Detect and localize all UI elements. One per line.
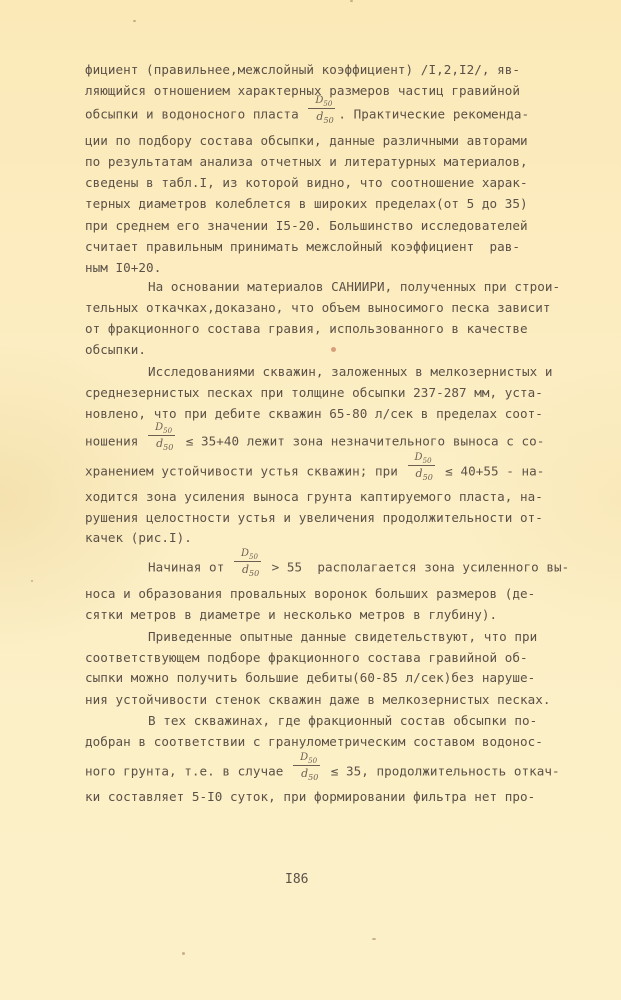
text-segment: ≤ 40+55 - на- xyxy=(438,464,545,479)
text-segment: носа и образования провальных воронок бо… xyxy=(85,586,535,601)
text-segment: ляющийся отношением характерных размеров… xyxy=(85,83,520,98)
text-segment: от фракционного состава гравия, использо… xyxy=(85,321,528,336)
text-line: сыпки можно получить большие дебиты(60-8… xyxy=(85,670,535,686)
text-line: ции по подбору состава обсыпки, данные р… xyxy=(85,133,528,149)
text-segment: считает правильным принимать межслойный … xyxy=(85,239,520,254)
text-line: среднезернистых песках при толщине обсып… xyxy=(85,385,543,401)
text-segment: Исследованиями скважин, заложенных в мел… xyxy=(148,364,553,379)
paper-speck xyxy=(350,0,353,2)
text-line: ния устойчивости стенок скважин даже в м… xyxy=(85,692,551,708)
text-line: новлено, что при дебите скважин 65-80 л/… xyxy=(85,406,543,422)
text-line: сведены в табл.I, из которой видно, что … xyxy=(85,175,528,191)
paper-speck xyxy=(372,938,376,940)
text-segment: терных диаметров колеблется в широких пр… xyxy=(85,196,528,211)
text-line: Приведенные опытные данные свидетельству… xyxy=(148,629,537,645)
text-line: терных диаметров колеблется в широких пр… xyxy=(85,196,528,212)
fraction-d50-ratio: D50d50 xyxy=(408,453,436,483)
text-line: при среднем его значении I5-20. Большинс… xyxy=(85,218,528,234)
text-segment: новлено, что при дебите скважин 65-80 л/… xyxy=(85,406,543,421)
text-line: считает правильным принимать межслойный … xyxy=(85,239,520,255)
document-page: фициент (правильнее,межслойный коэффицие… xyxy=(0,0,621,1000)
paper-speck xyxy=(133,20,136,22)
text-line: хранением устойчивости устья скважин; пр… xyxy=(85,461,544,483)
text-line: ляющийся отношением характерных размеров… xyxy=(85,83,520,99)
text-line: Исследованиями скважин, заложенных в мел… xyxy=(148,364,553,380)
text-segment: ки составляет 5-I0 суток, при формирован… xyxy=(85,789,535,804)
text-segment: ≤ 35, продолжительность откач- xyxy=(323,764,560,779)
text-segment: при среднем его значении I5-20. Большинс… xyxy=(85,218,528,233)
text-line: В тех скважинах, где фракционный состав … xyxy=(148,713,537,729)
text-segment: > 55 располагается зона усиленного вы- xyxy=(264,560,569,575)
text-segment: Приведенные опытные данные свидетельству… xyxy=(148,629,537,644)
text-line: ным I0+20. xyxy=(85,260,161,276)
text-segment: обсыпки. xyxy=(85,342,146,357)
text-segment: добран в соответствии с гранулометрическ… xyxy=(85,734,543,749)
text-segment: В тех скважинах, где фракционный состав … xyxy=(148,713,537,728)
text-segment: соответствующем подборе фракционного сос… xyxy=(85,650,528,665)
text-segment: рушения целостности устья и увеличения п… xyxy=(85,510,543,525)
text-line: фициент (правильнее,межслойный коэффицие… xyxy=(85,62,520,78)
text-segment: сыпки можно получить большие дебиты(60-8… xyxy=(85,670,535,685)
text-segment: ции по подбору состава обсыпки, данные р… xyxy=(85,133,528,148)
text-line: по результатам анализа отчетных и литера… xyxy=(85,154,528,170)
text-line: ходится зона усиления выноса грунта капт… xyxy=(85,489,543,505)
text-line: На основании материалов САНИИРИ, получен… xyxy=(148,279,560,295)
text-segment: тельных откачках,доказано, что объем вын… xyxy=(85,300,551,315)
text-line: ношения D50d50 ≤ 35+40 лежит зона незнач… xyxy=(85,431,544,453)
fraction-d50-ratio: D50d50 xyxy=(148,423,176,453)
text-line: ного грунта, т.е. в случае D50d50 ≤ 35, … xyxy=(85,761,560,783)
text-line: обсыпки и водоносного пласта D50d50. Пра… xyxy=(85,104,529,126)
text-line: тельных откачках,доказано, что объем вын… xyxy=(85,300,551,316)
text-segment: фициент (правильнее,межслойный коэффицие… xyxy=(85,62,520,77)
text-line: качек (рис.I). xyxy=(85,530,192,546)
text-segment: обсыпки и водоносного пласта xyxy=(85,107,306,122)
text-segment: На основании материалов САНИИРИ, получен… xyxy=(148,279,560,294)
text-line: от фракционного состава гравия, использо… xyxy=(85,321,528,337)
text-segment: хранением устойчивости устья скважин; пр… xyxy=(85,464,406,479)
paper-speck xyxy=(31,580,33,582)
text-segment: по результатам анализа отчетных и литера… xyxy=(85,154,528,169)
paper-speck xyxy=(331,347,336,352)
text-segment: Начиная от xyxy=(148,560,232,575)
text-line: рушения целостности устья и увеличения п… xyxy=(85,510,543,526)
page-number: I86 xyxy=(285,872,308,887)
text-segment: ным I0+20. xyxy=(85,260,161,275)
text-segment: ного грунта, т.е. в случае xyxy=(85,764,291,779)
fraction-d50-ratio: D50d50 xyxy=(234,549,262,579)
text-segment: ношения xyxy=(85,434,146,449)
text-segment: . Практические рекоменда- xyxy=(338,107,529,122)
text-segment: среднезернистых песках при толщине обсып… xyxy=(85,385,543,400)
text-line: Начиная от D50d50 > 55 располагается зон… xyxy=(148,557,569,579)
text-line: ки составляет 5-I0 суток, при формирован… xyxy=(85,789,535,805)
text-line: соответствующем подборе фракционного сос… xyxy=(85,650,528,666)
text-segment: сведены в табл.I, из которой видно, что … xyxy=(85,175,528,190)
text-line: носа и образования провальных воронок бо… xyxy=(85,586,535,602)
text-segment: качек (рис.I). xyxy=(85,530,192,545)
text-segment: сятки метров в диаметре и несколько метр… xyxy=(85,607,497,622)
text-segment: ходится зона усиления выноса грунта капт… xyxy=(85,489,543,504)
text-segment: ≤ 35+40 лежит зона незначительного вынос… xyxy=(178,434,544,449)
paper-speck xyxy=(182,952,185,955)
text-line: обсыпки. xyxy=(85,342,146,358)
fraction-d50-ratio: D50d50 xyxy=(293,753,321,783)
text-line: добран в соответствии с гранулометрическ… xyxy=(85,734,543,750)
text-line: сятки метров в диаметре и несколько метр… xyxy=(85,607,497,623)
fraction-d50-ratio: D50d50 xyxy=(308,96,336,126)
text-segment: ния устойчивости стенок скважин даже в м… xyxy=(85,692,551,707)
